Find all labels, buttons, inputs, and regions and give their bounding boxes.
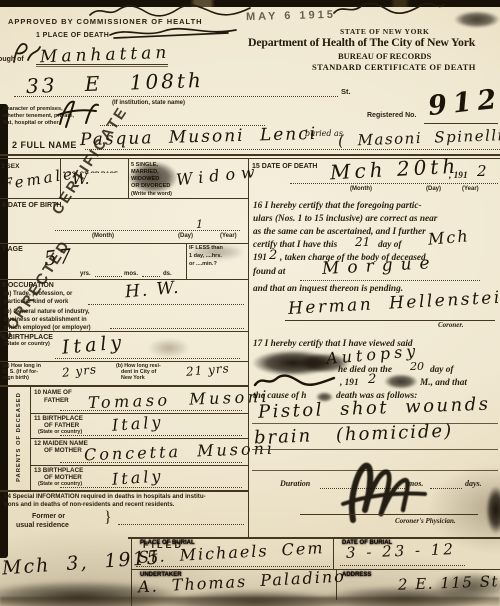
coroner-cert-line5a: 191	[253, 254, 267, 264]
coroner-cert-place-hw: Morgue	[322, 255, 438, 279]
coroners-physician-title: Coroner's Physician.	[395, 518, 456, 525]
handwritten-scribble-top-right	[332, 0, 447, 18]
age-less-line3: or ....min.?	[189, 262, 217, 268]
mother-birthplace-value: Italy	[111, 468, 163, 488]
age-ds-unit: ds.	[163, 271, 172, 277]
received-date-stamp: MAY 6 1915	[246, 9, 336, 23]
corner-smudge	[454, 11, 500, 28]
department-title: Department of Health of The City of New …	[248, 36, 475, 48]
rule	[252, 449, 498, 450]
stain-birthplace	[148, 338, 190, 358]
dob-month-unit: (Month)	[92, 233, 114, 239]
alternate-name-value: ( Masoni Spinelli	[338, 128, 500, 150]
age-label: 7 AGE	[2, 246, 23, 253]
rule	[0, 490, 248, 492]
rule	[424, 123, 498, 124]
mother-name-label-line2: OF MOTHER	[44, 448, 82, 455]
coroners-physician-signature	[335, 458, 430, 526]
dod-month-unit: (Month)	[350, 186, 372, 192]
age-mos-unit: mos.	[124, 271, 138, 277]
nyc-residency-value: 21 yrs	[186, 362, 231, 378]
rule	[300, 514, 478, 515]
viewed-cert-day-hw: 20	[410, 361, 424, 373]
date-of-death-label: 15 DATE OF DEATH	[252, 163, 317, 170]
father-name-label-line2: FATHER	[44, 398, 69, 405]
registered-no-value: 9128	[427, 83, 500, 122]
coroner-cert-line4a: certify that I have this	[253, 241, 337, 251]
rule	[95, 276, 122, 277]
special-info-line1: 14 Special INFORMATION required in death…	[4, 494, 206, 501]
bureau-label: BUREAU OF RECORDS	[338, 52, 431, 61]
date-of-death-year-hw: 2	[477, 164, 487, 180]
coroner-cert-month-hw: Mch	[427, 228, 470, 248]
rule	[55, 230, 240, 231]
rule	[0, 198, 248, 199]
rule	[85, 149, 500, 150]
coroner-cert-line6: found at	[253, 268, 285, 278]
coroner-title-label: Coroner.	[438, 322, 463, 329]
us-residency-line3: eign birth)	[3, 376, 29, 382]
coroner-cert-day-hw: 21	[355, 236, 370, 249]
marital-note: (Write the word)	[131, 192, 172, 198]
handwritten-scribble-top-left	[88, 3, 253, 21]
dob-day-unit: (Day)	[178, 233, 193, 239]
age-yrs-unit: yrs.	[80, 271, 91, 277]
rule	[60, 487, 242, 488]
date-of-death-value: Mch 20th	[330, 156, 460, 184]
death-certificate-document: APPROVED BY COMMISSIONER OF HEALTH MAY 6…	[0, 0, 500, 606]
rule	[285, 320, 495, 321]
rule	[300, 280, 480, 281]
former-residence-line2: usual residence	[16, 522, 69, 529]
registered-no-label: Registered No.	[367, 112, 416, 119]
handwritten-scribble-premises	[52, 96, 102, 130]
viewed-cert-line3a: , 191	[340, 379, 359, 389]
occupation-a-value: H. W.	[124, 280, 181, 303]
place-of-death-label: 1 PLACE OF DEATH	[36, 32, 109, 39]
coroner-cert-line1: 16 I hereby certify that the foregoing p…	[253, 202, 422, 212]
undertaker-address-label: ADDRESS	[342, 572, 371, 578]
rule	[136, 566, 330, 567]
ink-blot-ampm	[384, 374, 418, 389]
rule	[60, 462, 242, 463]
former-residence-line1: Former or	[32, 513, 65, 520]
rule	[60, 435, 242, 436]
coroner-cert-year-hw: 2	[269, 249, 277, 263]
handwritten-scribble-place	[108, 25, 240, 42]
rule	[60, 410, 242, 411]
full-name-label: 2 FULL NAME	[12, 141, 77, 150]
former-residence-brace: }	[104, 510, 112, 527]
us-residency-value: 2 yrs	[61, 363, 97, 379]
rule	[340, 565, 465, 566]
viewed-cert-line2b: day of	[430, 366, 454, 376]
cause-of-death-line2: brain (homicide)	[254, 423, 454, 449]
premises-note-line3: flat, hospital or other	[3, 121, 59, 127]
rule	[0, 385, 248, 387]
rule	[142, 276, 160, 277]
certificate-title: STANDARD CERTIFICATE OF DEATH	[312, 63, 476, 72]
rule	[248, 158, 249, 537]
street-address-value: 33 E 108th	[26, 70, 204, 97]
duration-label: Duration	[280, 480, 310, 488]
rule	[333, 537, 334, 569]
father-name-value: Tomaso Musoni	[88, 389, 271, 412]
bottom-stain-band	[0, 597, 500, 606]
rule	[110, 328, 244, 329]
smudge-age-box	[187, 244, 245, 260]
date-of-death-year-printed: , 191	[449, 172, 468, 182]
parents-side-label: PARENTS OF DECEASED	[16, 385, 22, 489]
street-suffix-label: St.	[341, 88, 351, 96]
coroner-cert-line3: as the same can be ascertained, and I fu…	[253, 228, 426, 238]
father-birthplace-value: Italy	[111, 414, 163, 434]
rule	[30, 465, 248, 466]
birthplace-value: Italy	[61, 333, 126, 358]
date-of-burial-value: 3 - 23 - 12	[346, 542, 456, 562]
rule	[290, 183, 498, 184]
dod-year-unit: (Year)	[462, 186, 479, 192]
mother-name-value: Concetta Musoni	[84, 441, 276, 464]
duration-days-unit: days.	[465, 480, 482, 488]
father-name-label-line1: 10 NAME OF	[34, 390, 72, 397]
rule	[36, 64, 168, 65]
viewed-cert-year-hw: 2	[368, 373, 376, 387]
rule	[55, 358, 240, 359]
ink-blot-right-edge	[486, 486, 500, 534]
viewed-cert-line3b: M., and that	[420, 379, 467, 389]
dob-mark: 1	[196, 219, 203, 231]
nyc-residency-line3: New York	[121, 376, 145, 382]
rule	[430, 488, 462, 489]
coroner-cert-line2: ulars (Nos. 1 to 15 inclusive) are corre…	[253, 215, 437, 225]
rule	[118, 524, 244, 525]
special-info-line2: tions and in deaths of non-residents and…	[4, 502, 175, 509]
sex-label: 3 SEX	[1, 164, 19, 171]
rule	[36, 66, 168, 67]
borough-label: Borough of	[0, 56, 24, 63]
rule	[0, 331, 248, 332]
coroner-cert-line4b: day of	[378, 241, 402, 251]
dod-day-unit: (Day)	[426, 186, 441, 192]
handwritten-scribble-month	[252, 373, 338, 389]
rule	[30, 438, 248, 439]
dob-year-unit: (Year)	[220, 233, 237, 239]
rule	[88, 304, 244, 305]
ink-blot-marital	[128, 161, 178, 194]
